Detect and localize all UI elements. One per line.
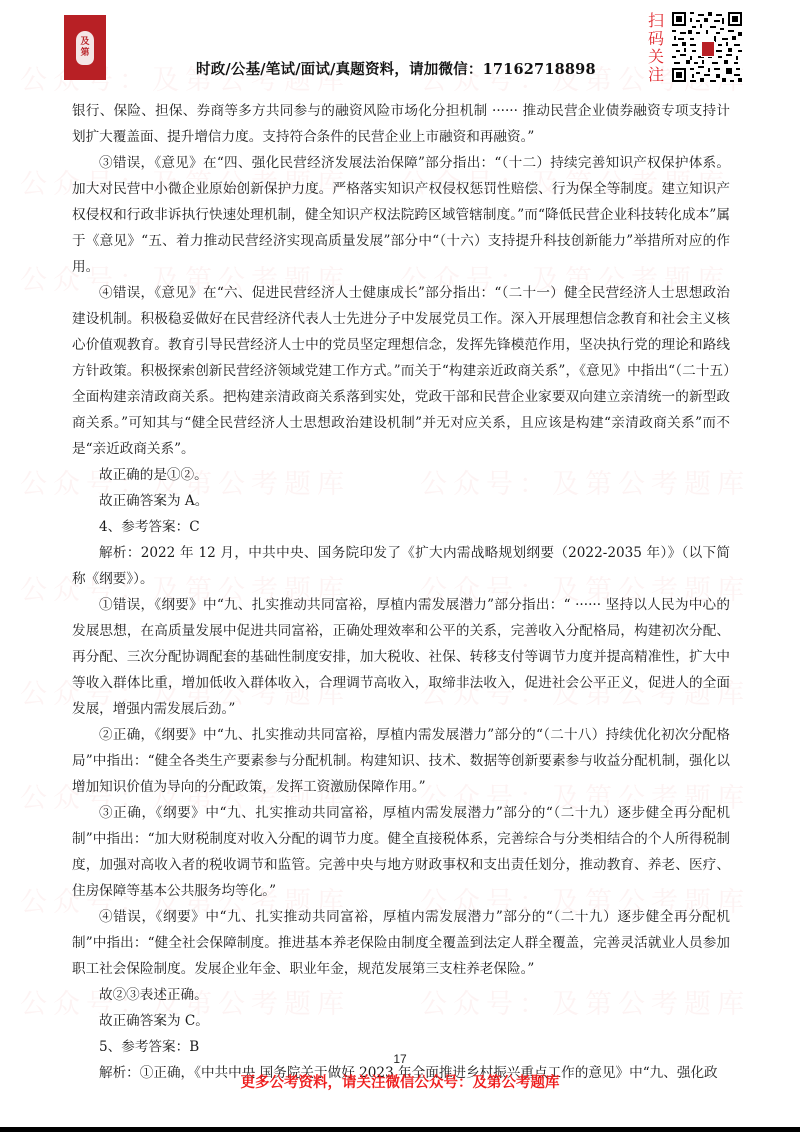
paragraph: ④错误，《纲要》中“九、扎实推动共同富裕，厚植内需发展潜力”部分的“（二十九）逐… [72, 904, 730, 982]
conclusion-line: 故②③表述正确。 [72, 982, 730, 1008]
answer-line: 故正确答案为 A。 [72, 488, 730, 514]
paragraph: 银行、保险、担保、券商等多方共同参与的融资风险市场化分担机制 ······ 推动… [72, 98, 730, 150]
question-answer-heading: 4、参考答案：C [72, 514, 730, 540]
brand-logo: 及 第 [64, 15, 106, 80]
seal-icon: 及 第 [76, 31, 94, 65]
page-number: 17 [0, 1052, 800, 1066]
footer-promo-note: 更多公考资料，请关注微信公众号：及第公考题库 [0, 1071, 800, 1092]
qr-code-icon [672, 12, 742, 82]
logo-char: 第 [76, 48, 94, 59]
paragraph: ①错误，《纲要》中“九、扎实推动共同富裕，厚植内需发展潜力”部分指出：“ ···… [72, 592, 730, 722]
paragraph: ③正确，《纲要》中“九、扎实推动共同富裕，厚植内需发展潜力”部分的“（二十九）逐… [72, 800, 730, 904]
paragraph: ③错误，《意见》在“四、强化民营经济发展法治保障”部分指出：“（十二）持续完善知… [72, 150, 730, 280]
scan-label-char: 码 [647, 30, 665, 48]
qr-logo-icon [701, 41, 715, 57]
answer-line: 故正确答案为 C。 [72, 1008, 730, 1034]
logo-char: 及 [76, 37, 94, 48]
scan-label-char: 注 [647, 66, 665, 84]
document-page: 公众号：及第公考题库 公众号：及第公考题库 公众号：及第公考题库 公众号：及第公… [0, 0, 800, 1127]
paragraph: ④错误，《意见》在“六、促进民营经济人士健康成长”部分指出：“（二十一）健全民营… [72, 280, 730, 462]
paragraph: 解析：2022 年 12 月，中共中央、国务院印发了《扩大内需战略规划纲要（20… [72, 540, 730, 592]
scan-label-char: 关 [647, 48, 665, 66]
scan-to-follow-label: 扫 码 关 注 [647, 12, 665, 84]
header-contact-line: 时政/公基/笔试/面试/真题资料，请加微信：17162718898 [196, 58, 596, 79]
conclusion-line: 故正确的是①②。 [72, 462, 730, 488]
scan-label-char: 扫 [647, 12, 665, 30]
answer-explanation-body: 银行、保险、担保、券商等多方共同参与的融资风险市场化分担机制 ······ 推动… [72, 98, 730, 1086]
paragraph: ②正确，《纲要》中“九、扎实推动共同富裕，厚植内需发展潜力”部分的“（二十八）持… [72, 722, 730, 800]
bottom-edge-bar [0, 1127, 800, 1132]
